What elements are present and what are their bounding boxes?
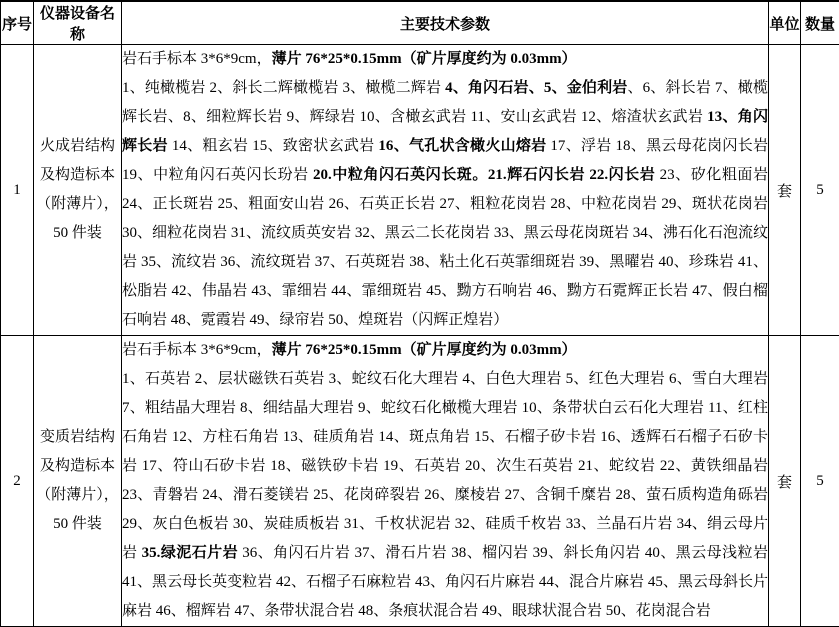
col-header-quantity: 数量 [801, 1, 839, 45]
equipment-name: 变质岩结构及构造标本（附薄片），50 件装 [34, 336, 122, 627]
rock-list: 1、石英岩 2、层状磁铁石英岩 3、蛇纹石化大理岩 4、白色大理岩 5、红色大理… [122, 365, 768, 626]
table-header-row: 序号 仪器设备名称 主要技术参数 单位 数量 [1, 1, 839, 45]
technical-params-cell: 岩石手标本 3*6*9cm，薄片 76*25*0.15mm（矿片厚度约为 0.0… [122, 336, 769, 627]
equipment-name: 火成岩结构及构造标本（附薄片），50 件装 [34, 45, 122, 336]
quantity-value: 5 [801, 336, 839, 627]
col-header-serial: 序号 [1, 1, 34, 45]
unit-value: 套 [769, 336, 801, 627]
table-row: 1 火成岩结构及构造标本（附薄片），50 件装 岩石手标本 3*6*9cm，薄片… [1, 45, 839, 336]
technical-params-cell: 岩石手标本 3*6*9cm，薄片 76*25*0.15mm（矿片厚度约为 0.0… [122, 45, 769, 336]
table-row: 2 变质岩结构及构造标本（附薄片），50 件装 岩石手标本 3*6*9cm，薄片… [1, 336, 839, 627]
specimen-spec-line: 岩石手标本 3*6*9cm，薄片 76*25*0.15mm（矿片厚度约为 0.0… [122, 45, 768, 74]
col-header-technical-params: 主要技术参数 [122, 1, 769, 45]
rock-list: 1、纯橄榄岩 2、斜长二辉橄榄岩 3、橄榄二辉岩 4、角闪石岩、5、金伯利岩、6… [122, 74, 768, 335]
col-header-unit: 单位 [769, 1, 801, 45]
specimen-spec-line: 岩石手标本 3*6*9cm，薄片 76*25*0.15mm（矿片厚度约为 0.0… [122, 336, 768, 365]
unit-value: 套 [769, 45, 801, 336]
quantity-value: 5 [801, 45, 839, 336]
equipment-spec-table: 序号 仪器设备名称 主要技术参数 单位 数量 1 火成岩结构及构造标本（附薄片）… [0, 0, 839, 627]
row-serial: 1 [1, 45, 34, 336]
row-serial: 2 [1, 336, 34, 627]
col-header-equipment-name: 仪器设备名称 [34, 1, 122, 45]
